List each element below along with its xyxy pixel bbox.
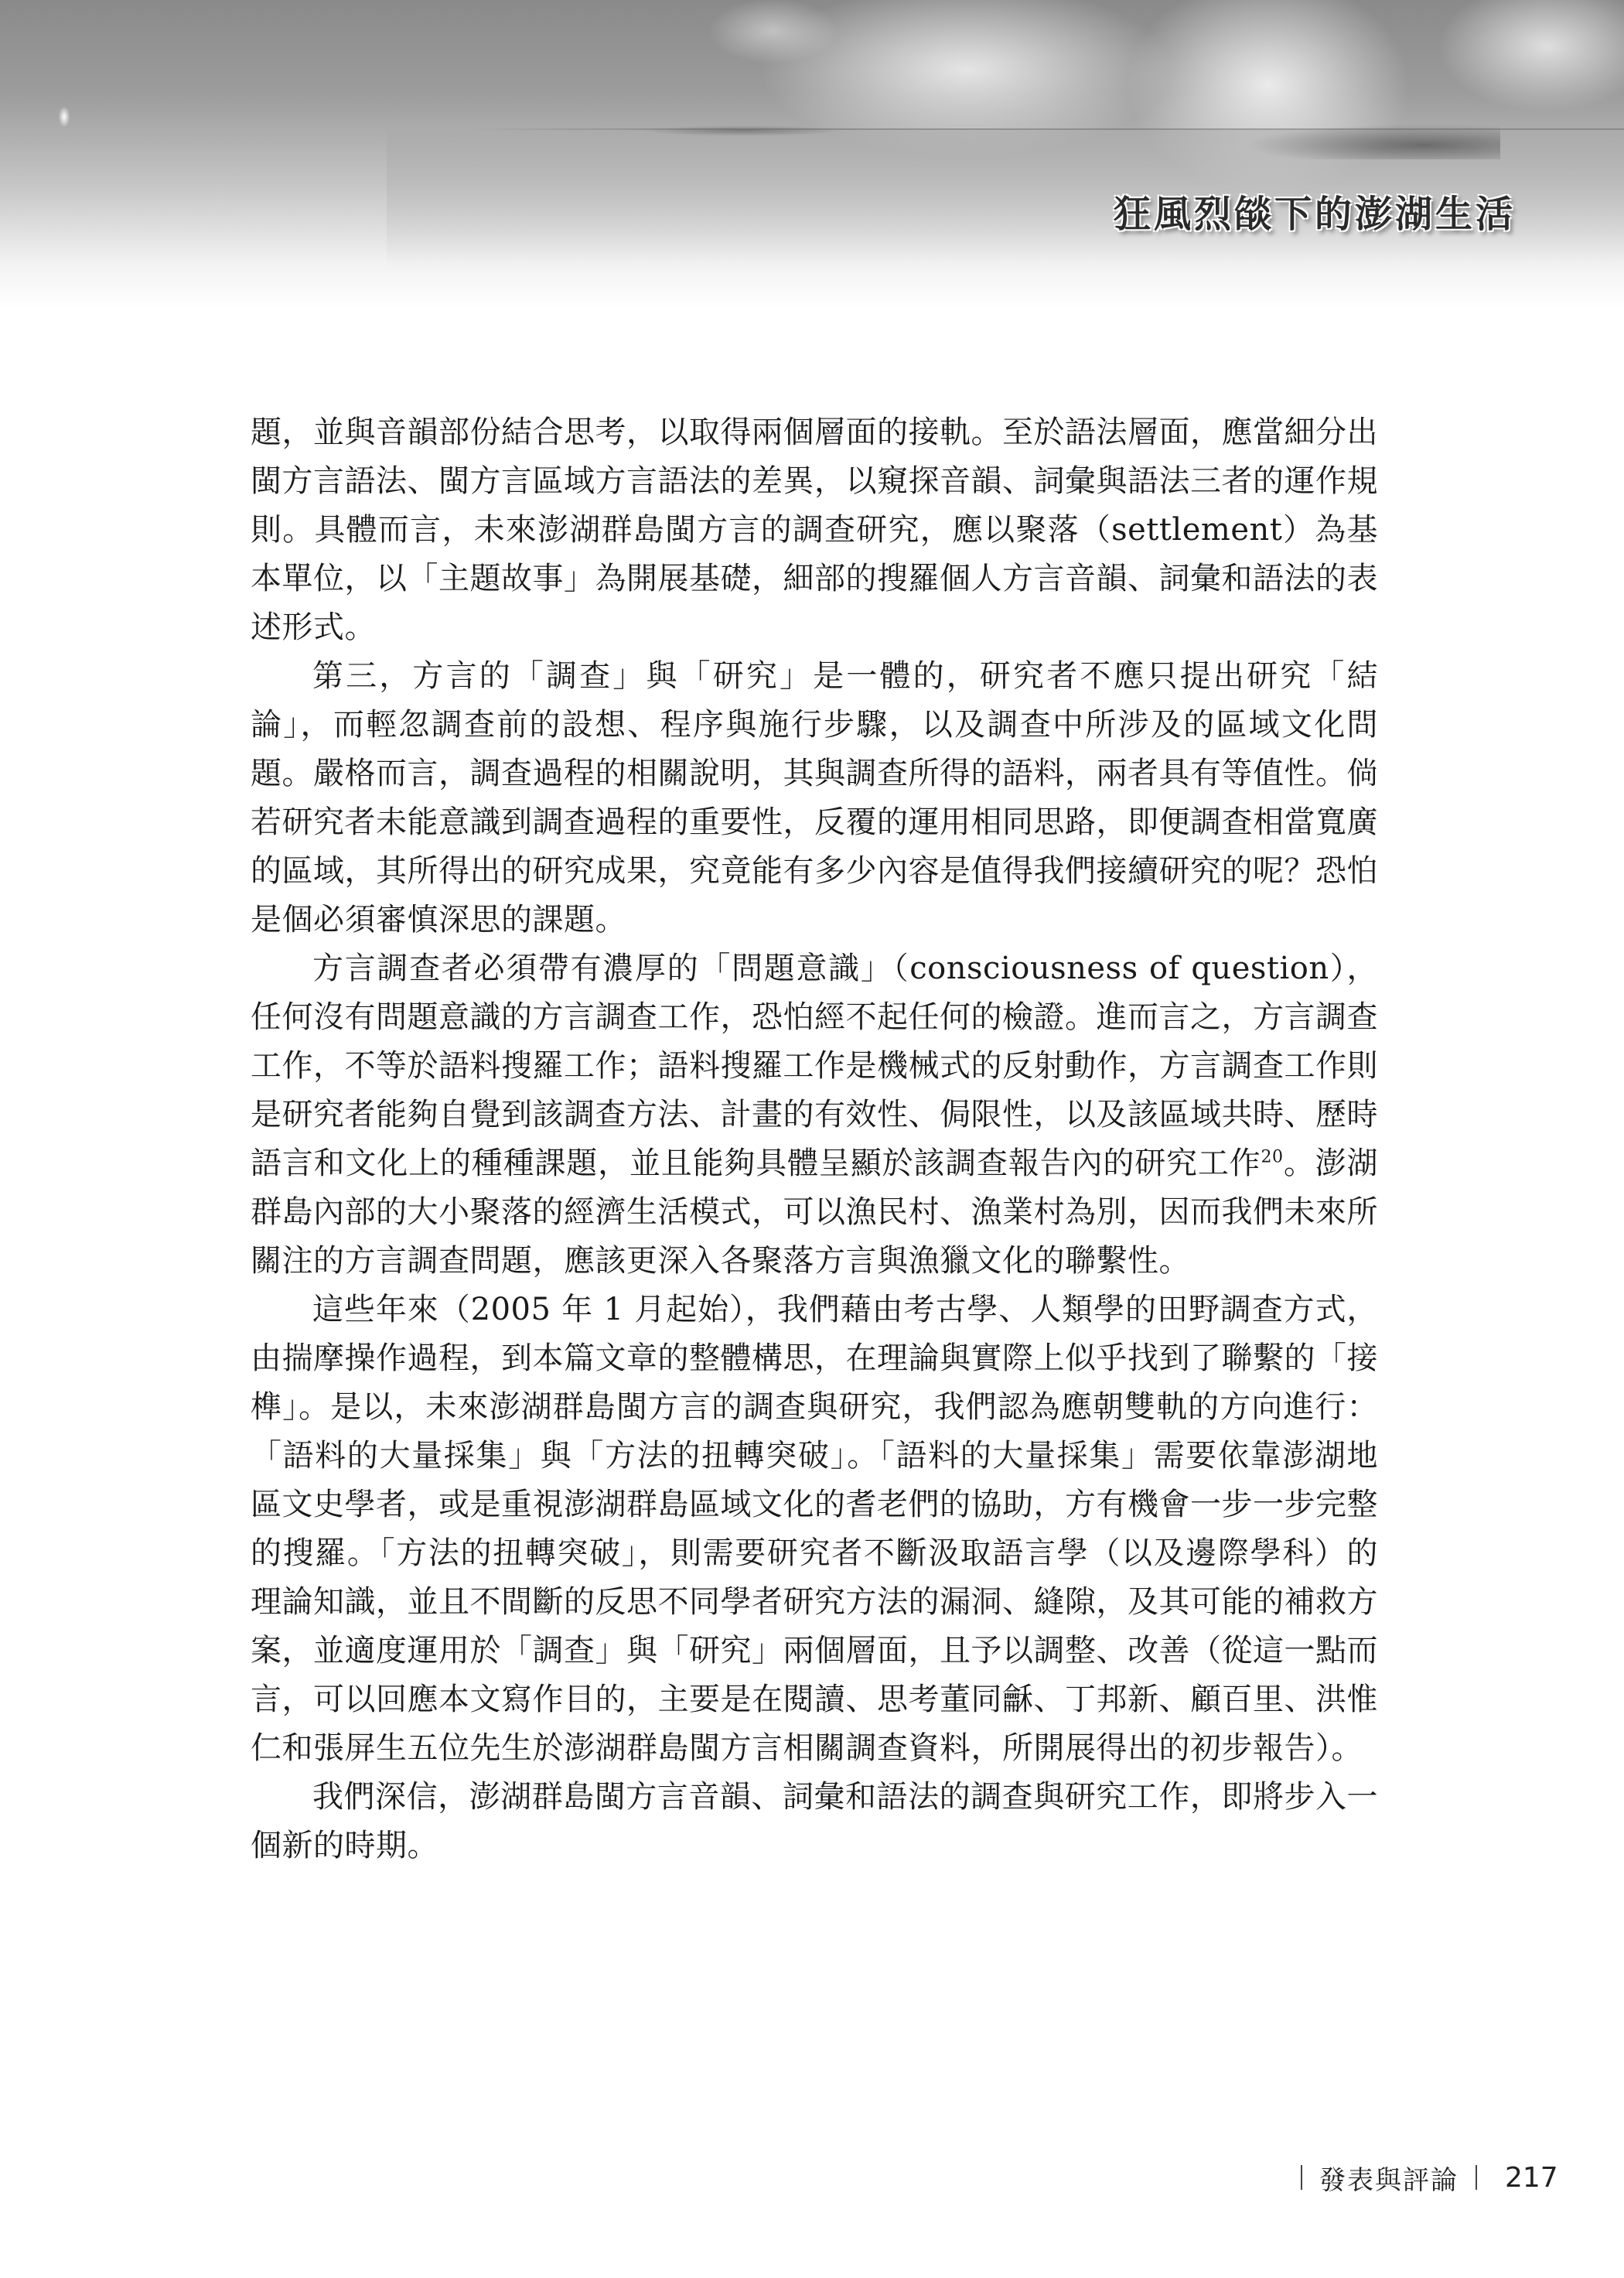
paragraph-3-text-a: 方言調查者必須帶有濃厚的「問題意識」（consciousness of ques… bbox=[251, 951, 1378, 1181]
article-body: 題，並與音韻部份結合思考，以取得兩個層面的接軌。至於語法層面，應當細分出閩方言語… bbox=[251, 408, 1378, 1870]
page-number: 217 bbox=[1505, 2162, 1558, 2194]
page-footer: 發表與評論 217 bbox=[1284, 2158, 1558, 2197]
sun-glint bbox=[59, 107, 70, 127]
header-banner-photo: 狂風烈燄下的澎湖生活 bbox=[0, 0, 1624, 325]
footnote-ref-20[interactable]: 20 bbox=[1261, 1148, 1284, 1167]
footer-divider-left bbox=[1301, 2165, 1302, 2190]
paragraph-4: 這些年來（2005 年 1 月起始），我們藉由考古學、人類學的田野調查方式，由揣… bbox=[251, 1286, 1378, 1773]
running-title: 狂風烈燄下的澎湖生活 bbox=[1114, 184, 1547, 237]
footer-section-label: 發表與評論 bbox=[1319, 2159, 1459, 2197]
distant-island-left bbox=[642, 125, 843, 136]
rocky-island-right bbox=[1245, 124, 1500, 159]
footer-divider-right bbox=[1476, 2165, 1477, 2190]
paragraph-5: 我們深信，澎湖群島閩方言音韻、詞彙和語法的調查與研究工作，即將步入一個新的時期。 bbox=[251, 1773, 1378, 1870]
paragraph-3: 方言調查者必須帶有濃厚的「問題意識」（consciousness of ques… bbox=[251, 944, 1378, 1286]
paragraph-1: 題，並與音韻部份結合思考，以取得兩個層面的接軌。至於語法層面，應當細分出閩方言語… bbox=[251, 408, 1378, 652]
paragraph-2: 第三，方言的「調查」與「研究」是一體的，研究者不應只提出研究「結論」，而輕忽調查… bbox=[251, 652, 1378, 944]
